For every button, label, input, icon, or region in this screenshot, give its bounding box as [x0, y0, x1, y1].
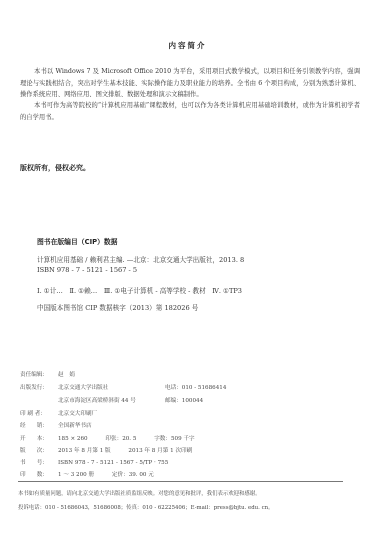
phone-label: 电话： [165, 385, 182, 391]
imprint-copies: 印 数：1 ～ 3 200 册 定价：39. 00 元 [20, 470, 154, 478]
sheets-label: 印张： [105, 436, 122, 442]
postcode-value: 100044 [182, 398, 203, 404]
cip-line-3: Ⅰ. ①计… Ⅱ. ①赖… Ⅲ. ①电子计算机 - 高等学校 - 教材 Ⅳ. ①… [37, 285, 242, 295]
postcode-label: 邮编： [165, 398, 182, 404]
isbn-value: ISBN 978 - 7 - 5121 - 1567 - 5/TP · 755 [58, 460, 168, 466]
edition-label: 版 次： [20, 446, 58, 454]
summary-title: 内容简介 [0, 40, 375, 51]
price-value: 39. 00 元 [129, 472, 154, 478]
format-value: 185 × 260 [58, 436, 88, 442]
isbn-label: 书 号： [20, 458, 58, 466]
imprint-address: 北京市海淀区高梁桥斜街 44 号 邮编：100044 [20, 396, 340, 404]
imprint-format: 开 本：185 × 260 印张：20. 5 字数：509 千字 [20, 434, 195, 442]
publisher-label: 出版发行： [20, 383, 58, 391]
imprint-editor: 责任编辑：赵 娟 [20, 370, 75, 378]
publisher-value: 北京交通大学出版社 [58, 383, 108, 391]
footer-line-2: 投诉电话：010 - 51686043，51686008；传真：010 - 62… [18, 503, 273, 511]
copies-label: 印 数： [20, 470, 58, 478]
format-label: 开 本： [20, 434, 58, 442]
summary-paragraph-2: 本书可作为高等院校的“计算机应用基础”课程教材，也可以作为各类计算机应用基础培训… [20, 100, 360, 123]
copyright-notice: 版权所有，侵权必究。 [20, 163, 90, 173]
footer-line-1: 本书如有质量问题，请向北京交通大学出版社质监组反映。对您的意见和批评，我们表示欢… [18, 489, 261, 497]
imprint-distributor: 经 销：全国新华书店 [20, 421, 92, 429]
footer-divider [18, 481, 343, 482]
printer-label: 印 刷 者： [20, 409, 58, 417]
summary-paragraph-1: 本书以 Windows 7 及 Microsoft Office 2010 为平… [20, 66, 360, 101]
address-value: 北京市海淀区高梁桥斜街 44 号 [58, 396, 136, 404]
phone-value: 010 - 51686414 [182, 385, 227, 391]
cip-line-4: 中国版本图书馆 CIP 数据核字（2013）第 182026 号 [37, 302, 198, 312]
words-value: 509 千字 [171, 436, 195, 442]
imprint-edition: 版 次：2013 年 8 月第 1 版 2013 年 8 月第 1 次印刷 [20, 446, 192, 454]
cip-title: 图书在版编目（CIP）数据 [37, 236, 117, 246]
imprint-printer: 印 刷 者：北京交大印刷厂 [20, 409, 97, 417]
distributor-label: 经 销： [20, 421, 58, 429]
editor-value: 赵 娟 [58, 370, 75, 378]
cip-line-1: 计算机应用基础 / 赖利君主编. —北京：北京交通大学出版社，2013. 8 [37, 254, 244, 264]
editor-label: 责任编辑： [20, 370, 58, 378]
price-label: 定价： [112, 472, 129, 478]
cip-line-2: ISBN 978 - 7 - 5121 - 1567 - 5 [37, 266, 137, 274]
printer-value: 北京交大印刷厂 [58, 409, 97, 417]
imprint-publisher: 出版发行：北京交通大学出版社 电话：010 - 51686414 [20, 383, 340, 391]
distributor-value: 全国新华书店 [58, 421, 92, 429]
imprint-isbn: 书 号：ISBN 978 - 7 - 5121 - 1567 - 5/TP · … [20, 458, 168, 466]
copies-value: 1 ～ 3 200 册 [58, 470, 94, 478]
sheets-value: 20. 5 [122, 436, 136, 442]
printing-value: 2013 年 8 月第 1 次印刷 [128, 448, 192, 454]
edition-value: 2013 年 8 月第 1 版 [58, 446, 111, 454]
words-label: 字数： [154, 436, 171, 442]
